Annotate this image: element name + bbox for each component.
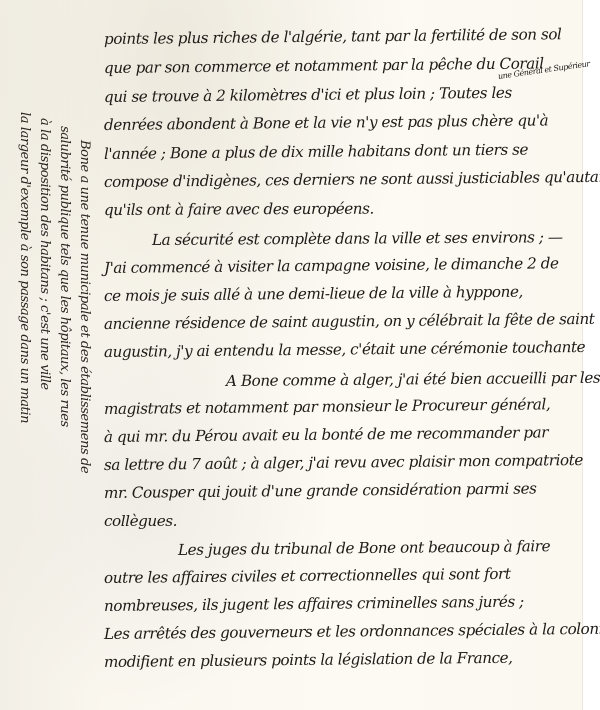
text-line: ancienne résidence de saint augustin, on… [104,310,595,333]
text-line: ce mois je suis allé à une demi-lieue de… [104,283,523,305]
margin-note-column: la largeur d'exemple à son passage dans … [17,112,32,423]
text-line: outre les affaires civiles et correction… [104,565,511,587]
text-line: denrées abondent à Bone et la vie n'y es… [104,111,548,134]
margin-note: Bone a une tenue municipale et des établ… [0,0,110,710]
text-line: que par son commerce et notamment par la… [104,54,544,77]
text-line: magistrats et notamment par monsieur le … [104,395,550,418]
text-line: sa lettre du 7 août ; à alger, j'ai revu… [104,451,583,474]
paragraph-start: A Bone comme à alger, j'ai été bien accu… [226,369,600,390]
margin-note-column: salubrité publique tels que les hôpitaux… [57,126,72,427]
text-line: mr. Cousper qui jouit d'une grande consi… [104,479,537,502]
text-line: compose d'indigènes, ces derniers ne son… [104,168,600,191]
text-line: augustin, j'y ai entendu la messe, c'éta… [104,338,585,361]
text-line: Les arrêtés des gouverneurs et les ordon… [104,620,600,643]
text-line: l'année ; Bone a plus de dix mille habit… [104,141,528,163]
text-line: qui se trouve à 2 kilomètres d'ici et pl… [104,84,512,106]
paragraph-start: La sécurité est complète dans la ville e… [152,228,563,249]
text-line: à qui mr. du Pérou avait eu la bonté de … [104,423,548,446]
paragraph-start: Les juges du tribunal de Bone ont beauco… [178,537,550,559]
text-line: points les plus riches de l'algérie, tan… [104,25,562,48]
margin-note-column: Bone a une tenue municipale et des établ… [77,140,92,473]
text-line: qu'ils ont à faire avec des européens. [104,200,374,219]
text-line: modifient en plusieurs points la législa… [104,649,513,671]
text-line: J'ai commencé à visiter la campagne vois… [104,254,559,277]
text-line: collègues. [104,512,177,530]
text-line: nombreuses, ils jugent les affaires crim… [104,593,524,615]
margin-note-column: à la disposition des habitans ; c'est un… [37,118,52,390]
